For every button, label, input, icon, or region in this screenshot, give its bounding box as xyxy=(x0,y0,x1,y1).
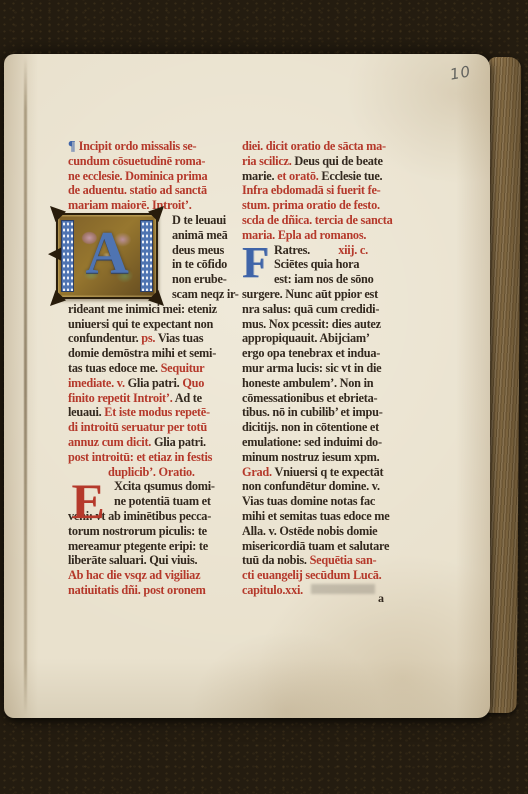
text-line: misericordiā tuam et salutare xyxy=(242,539,432,554)
text-segment: mus. Nox pcessit: dies autez xyxy=(242,317,381,331)
text-line: Vias tuas domine notas fac xyxy=(242,494,432,509)
initial-E: E xyxy=(66,479,110,525)
text-segment: Incipit ordo missalis se- xyxy=(79,139,197,153)
text-segment: ria scilicz. xyxy=(242,154,294,168)
illuminated-initial-A: A xyxy=(56,213,158,299)
text-segment: cti euangelij secūdum Lucā. xyxy=(242,568,381,582)
gutter-crease xyxy=(24,57,27,715)
text-segment: mihi et semitas tuas edoce me xyxy=(242,509,389,523)
text-segment: Sequētia san- xyxy=(310,553,377,567)
text-segment: honeste ambulem’. Non in xyxy=(242,376,373,390)
text-line: Ab hac die vsqz ad vigiliaz xyxy=(68,568,244,583)
text-line: tibus. nō in cubilib’ et impu- xyxy=(242,405,432,420)
text-line: honeste ambulem’. Non in xyxy=(242,376,432,391)
text-line: capitulo.xxi. xyxy=(242,583,432,598)
text-line: mus. Nox pcessit: dies autez xyxy=(242,317,432,332)
text-segment: de aduentu. statio ad sanctā xyxy=(68,183,207,197)
text-line: tuū da nobis. Sequētia san- xyxy=(242,553,432,568)
text-line: mereamur ptegente eripi: te xyxy=(68,539,244,554)
text-line: tas tuas edoce me. Sequitur xyxy=(68,361,244,376)
text-line: annuz cum dicit. Glia patri. xyxy=(68,435,244,450)
text-segment: animā meā xyxy=(172,228,227,242)
text-segment: emulatione: sed induimi do- xyxy=(242,435,382,449)
book-page: 10 A E ¶ Incipit ordo missalis se-cundum… xyxy=(4,54,490,718)
text-segment: marie. xyxy=(242,169,277,183)
text-segment: annuz cum dicit. xyxy=(68,435,154,449)
text-line: nra salus: quā cum credidi- xyxy=(242,302,432,317)
text-segment: Ecclesie tue. xyxy=(321,169,382,183)
signature-mark: a xyxy=(378,591,384,606)
text-line: ergo opa tenebrax et indua- xyxy=(242,346,432,361)
text-line: post introitū: et etiaz in festis xyxy=(68,450,244,465)
text-segment: Infra ebdomadā si fuerit fe- xyxy=(242,183,381,197)
text-line: imediate. v. Glia patri. Quo xyxy=(68,376,244,391)
text-line: appropiquauit. Abijciam’ xyxy=(242,331,432,346)
text-segment: finito repetit Introit’. xyxy=(68,391,175,405)
text-segment: misericordiā tuam et salutare xyxy=(242,539,389,553)
text-segment: xiij. c. xyxy=(338,243,368,257)
text-segment: mariam maiorē. Introit’. xyxy=(68,198,192,212)
text-line: liberāte saluari. Qui viuis. xyxy=(68,553,244,568)
text-segment: scam neqz ir- xyxy=(172,287,239,301)
text-line: mur arma lucis: sic vt in die xyxy=(242,361,432,376)
text-segment: ne potentiā tuam et xyxy=(114,494,211,508)
text-line: diei. dicit oratio de sācta ma- xyxy=(242,139,432,154)
text-line: Ratres. xiij. c. xyxy=(242,243,432,258)
text-segment: natiuitatis dñi. post oronem xyxy=(68,583,206,597)
text-line: marie. et oratō. Ecclesie tue. xyxy=(242,169,432,184)
text-column-left: A E ¶ Incipit ordo missalis se-cundum cō… xyxy=(68,139,244,598)
text-line: dicitijs. non in cōtentione et xyxy=(242,420,432,435)
text-segment: Quo xyxy=(182,376,204,390)
text-segment: Ad te xyxy=(175,391,202,405)
text-line: natiuitatis dñi. post oronem xyxy=(68,583,244,598)
text-segment: Vias tuas domine notas fac xyxy=(242,494,375,508)
text-segment: confundentur. xyxy=(68,331,141,345)
text-segment: uniuersi qui te expectant non xyxy=(68,317,213,331)
initial-letter: A xyxy=(58,219,156,288)
text-segment: cundum cōsuetudinē roma- xyxy=(68,154,205,168)
text-segment: non erube- xyxy=(172,272,227,286)
text-line: Alla. v. Ostēde nobis domie xyxy=(242,524,432,539)
text-segment: Et iste modus repetē- xyxy=(104,405,210,419)
text-line: uniuersi qui te expectant non xyxy=(68,317,244,332)
text-line: surgere. Nunc aūt ppior est xyxy=(242,287,432,302)
text-line: scda de dñica. tercia de sancta xyxy=(242,213,432,228)
text-line: maria. Epla ad romanos. xyxy=(242,228,432,243)
text-segment: dicitijs. non in cōtentione et xyxy=(242,420,379,434)
text-segment: ps. xyxy=(141,331,158,345)
text-line: non confundētur domine. v. xyxy=(242,479,432,494)
text-segment: Alla. v. xyxy=(242,524,279,538)
text-line: cundum cōsuetudinē roma- xyxy=(68,154,244,169)
text-segment: tibus. nō in cubilib’ et impu- xyxy=(242,405,383,419)
text-segment: ergo opa tenebrax et indua- xyxy=(242,346,380,360)
text-segment: imediate. v. xyxy=(68,376,128,390)
text-segment: ¶ xyxy=(68,139,79,154)
initial-ornament xyxy=(50,290,66,306)
text-segment: capitulo.xxi. xyxy=(242,583,303,597)
page-number: 10 xyxy=(449,62,473,83)
text-line: Sciētes quia hora xyxy=(242,257,432,272)
text-segment: Vniuersi q te expectāt xyxy=(274,465,383,479)
text-segment: tuū da nobis. xyxy=(242,553,310,567)
text-line: ria scilicz. Deus qui de beate xyxy=(242,154,432,169)
text-segment: Sciētes quia hora xyxy=(274,257,359,271)
text-segment: minum nostruz iesum xpm. xyxy=(242,450,379,464)
text-segment: Ostēde nobis domie xyxy=(279,524,377,538)
text-segment: appropiquauit. Abijciam’ xyxy=(242,331,370,345)
text-line: de aduentu. statio ad sanctā xyxy=(68,183,244,198)
text-line: confundentur. ps. Vias tuas xyxy=(68,331,244,346)
text-lines-right: diei. dicit oratio de sācta ma-ria scili… xyxy=(242,139,432,598)
text-segment: leuaui. xyxy=(68,405,104,419)
text-segment: mur arma lucis: sic vt in die xyxy=(242,361,381,375)
text-line: Infra ebdomadā si fuerit fe- xyxy=(242,183,432,198)
text-segment: Sequitur xyxy=(161,361,205,375)
photo-background: 10 A E ¶ Incipit ordo missalis se-cundum… xyxy=(0,0,528,794)
text-line: emulatione: sed induimi do- xyxy=(242,435,432,450)
text-segment: diei. dicit oratio de sācta ma- xyxy=(242,139,386,153)
text-segment: D te leuaui xyxy=(172,213,226,227)
text-segment: scda de dñica. tercia de sancta xyxy=(242,213,393,227)
text-line: cōmessationibus et ebrieta- xyxy=(242,391,432,406)
text-line: minum nostruz iesum xpm. xyxy=(242,450,432,465)
text-line: stum. prima oratio de festo. xyxy=(242,198,432,213)
text-segment: post introitū: et etiaz in festis xyxy=(68,450,212,464)
text-segment: Deus qui de beate xyxy=(294,154,382,168)
text-segment: in te cōfido xyxy=(172,257,227,271)
text-segment: stum. prima oratio de festo. xyxy=(242,198,380,212)
text-column-right: F a diei. dicit oratio de sācta ma-ria s… xyxy=(242,139,432,598)
text-line: domie demōstra mihi et semi- xyxy=(68,346,244,361)
text-segment: di introitū seruatur per totū xyxy=(68,420,207,434)
text-segment: cōmessationibus et ebrieta- xyxy=(242,391,377,405)
text-segment: ne ecclesie. Dominica prima xyxy=(68,169,207,183)
text-line: est: iam nos de sōno xyxy=(242,272,432,287)
text-line: Grad. Vniuersi q te expectāt xyxy=(242,465,432,480)
text-segment: duplicib’. Oratio. xyxy=(108,465,195,479)
text-line: cti euangelij secūdum Lucā. xyxy=(242,568,432,583)
text-segment: mereamur ptegente eripi: te xyxy=(68,539,208,553)
text-segment xyxy=(311,584,375,594)
text-segment: domie demōstra mihi et semi- xyxy=(68,346,216,360)
text-segment: Glia patri. xyxy=(154,435,206,449)
text-segment: et oratō. xyxy=(277,169,321,183)
text-line: finito repetit Introit’. Ad te xyxy=(68,391,244,406)
text-line: leuaui. Et iste modus repetē- xyxy=(68,405,244,420)
text-line: ¶ Incipit ordo missalis se- xyxy=(68,139,244,154)
text-segment: est: iam nos de sōno xyxy=(274,272,374,286)
text-segment: liberāte saluari. Qui viuis. xyxy=(68,553,197,567)
text-line: ne ecclesie. Dominica prima xyxy=(68,169,244,184)
text-segment: Vias tuas xyxy=(158,331,203,345)
text-segment: Ratres. xyxy=(274,243,310,257)
text-segment: Grad. xyxy=(242,465,274,479)
text-segment: tas tuas edoce me. xyxy=(68,361,161,375)
text-segment xyxy=(310,243,338,257)
text-line: rideant me inimici mei: eteniz xyxy=(68,302,244,317)
text-segment: Glia patri. xyxy=(128,376,183,390)
text-segment: rideant me inimici mei: eteniz xyxy=(68,302,217,316)
text-segment: non confundētur domine. v. xyxy=(242,479,380,493)
text-line: mihi et semitas tuas edoce me xyxy=(242,509,432,524)
text-segment: surgere. Nunc aūt ppior est xyxy=(242,287,378,301)
text-segment: deus meus xyxy=(172,243,224,257)
text-line: di introitū seruatur per totū xyxy=(68,420,244,435)
text-segment: nra salus: quā cum credidi- xyxy=(242,302,379,316)
text-segment: Xcita qsumus domi- xyxy=(114,479,215,493)
initial-F: F xyxy=(242,241,270,287)
text-segment: Ab hac die vsqz ad vigiliaz xyxy=(68,568,200,582)
